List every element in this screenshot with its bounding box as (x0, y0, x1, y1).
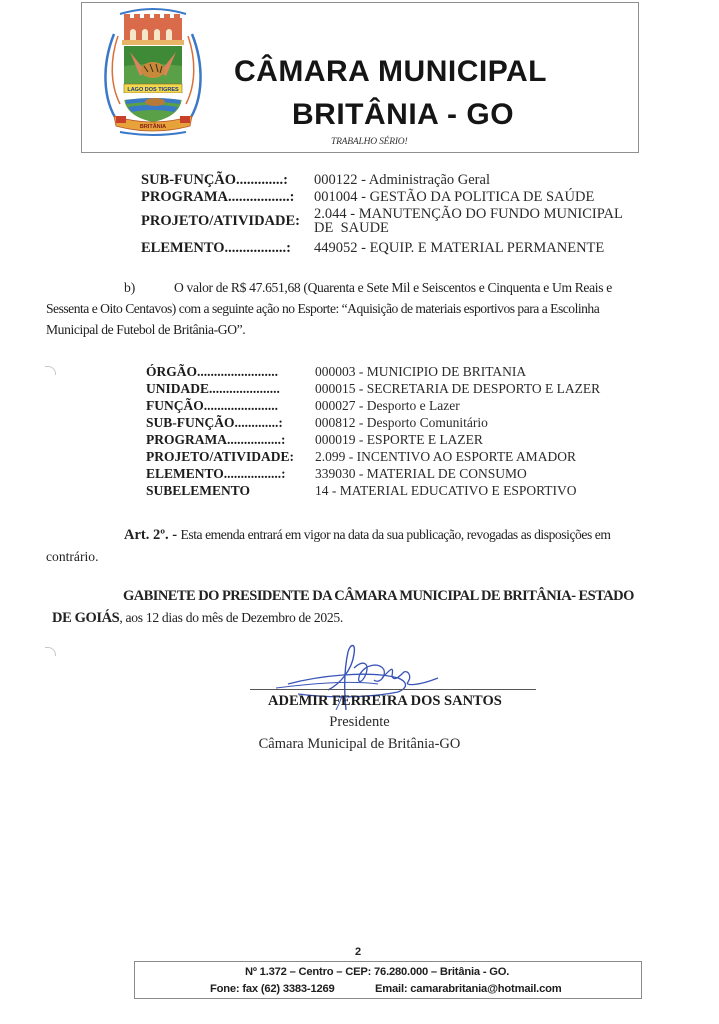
footer-address: Nº 1.372 – Centro – CEP: 76.280.000 – Br… (245, 966, 509, 978)
row-label: PROGRAMA................: (146, 431, 285, 449)
institution-title: CÂMARA MUNICIPAL (234, 55, 547, 89)
scan-artifact (45, 647, 56, 656)
row-label: ELEMENTO.................: (141, 240, 291, 258)
row-value: 000019 - ESPORTE E LAZER (315, 431, 483, 449)
row-label: SUBELEMENTO (146, 482, 250, 500)
signatory-role: Presidente (0, 714, 719, 731)
row-label: SUB-FUNÇÃO.............: (141, 172, 288, 190)
paragraph-line: Municipal de Futebol de Britânia-GO”. (46, 322, 245, 337)
row-value: 000003 - MUNICIPIO DE BRITANIA (315, 363, 526, 381)
row-value: 000812 - Desporto Comunitário (315, 414, 488, 432)
article-text: contrário. (46, 549, 98, 564)
closing-bold: DE GOIÁS (52, 610, 119, 626)
row-value-continued: DE SAUDE (314, 220, 389, 238)
scan-artifact (45, 366, 56, 375)
row-value: 000122 - Administração Geral (314, 172, 490, 190)
row-value: 000015 - SECRETARIA DE DESPORTO E LAZER (315, 380, 600, 398)
svg-text:LAGO DOS TIGRES: LAGO DOS TIGRES (127, 87, 179, 93)
row-label: ELEMENTO.................: (146, 465, 286, 483)
row-label: FUNÇÃO...................... (146, 397, 278, 415)
article-text: Esta emenda entrará em vigor na data da … (181, 527, 611, 542)
row-value: 2.099 - INCENTIVO AO ESPORTE AMADOR (315, 448, 576, 466)
page-number: 2 (355, 946, 361, 958)
motto: TRABALHO SÉRIO! (331, 137, 407, 147)
row-value: 14 - MATERIAL EDUCATIVO E ESPORTIVO (315, 482, 577, 500)
row-label: PROJETO/ATIVIDADE: (141, 213, 300, 231)
row-label: PROJETO/ATIVIDADE: (146, 448, 294, 466)
footer-email[interactable]: Email: camarabritania@hotmail.com (375, 983, 561, 995)
article-label: Art. 2º. - (124, 527, 177, 543)
paragraph-line: Sessenta e Oito Centavos) com a seguinte… (46, 301, 599, 316)
footer-phone: Fone: fax (62) 3383-1269 (210, 983, 335, 995)
row-label: PROGRAMA.................: (141, 189, 294, 207)
signatory-name: ADEMIR FERREIRA DOS SANTOS (268, 693, 502, 710)
article-2: Art. 2º. - Esta emenda entrará em vigor … (46, 524, 666, 567)
closing-date: , aos 12 dias do mês de Dezembro de 2025… (119, 610, 343, 625)
row-value: 001004 - GESTÃO DA POLITICA DE SAÚDE (314, 189, 594, 207)
paragraph-line: O valor de R$ 47.651,68 (Quarenta e Sete… (174, 280, 612, 295)
closing-bold: GABINETE DO PRESIDENTE DA CÂMARA MUNICIP… (123, 588, 634, 604)
row-label: UNIDADE..................... (146, 380, 280, 398)
row-value: 000027 - Desporto e Lazer (315, 397, 460, 415)
institution-location: BRITÂNIA - GO (292, 98, 514, 132)
row-label: ÓRGÃO........................ (146, 363, 278, 381)
signatory-institution: Câmara Municipal de Britânia-GO (0, 736, 719, 753)
paragraph-b: b)O valor de R$ 47.651,68 (Quarenta e Se… (46, 277, 666, 340)
svg-text:BRITÂNIA: BRITÂNIA (140, 123, 166, 130)
municipal-seal-icon: LAGO DOS TIGRES BRITÂNIA (100, 4, 206, 136)
closing-statement: GABINETE DO PRESIDENTE DA CÂMARA MUNICIP… (52, 585, 672, 629)
row-value: 449052 - EQUIP. E MATERIAL PERMANENTE (314, 240, 604, 258)
row-value: 339030 - MATERIAL DE CONSUMO (315, 465, 527, 483)
signature-line (250, 689, 536, 690)
row-label: SUB-FUNÇÃO.............: (146, 414, 283, 432)
paragraph-marker: b) (124, 277, 174, 298)
